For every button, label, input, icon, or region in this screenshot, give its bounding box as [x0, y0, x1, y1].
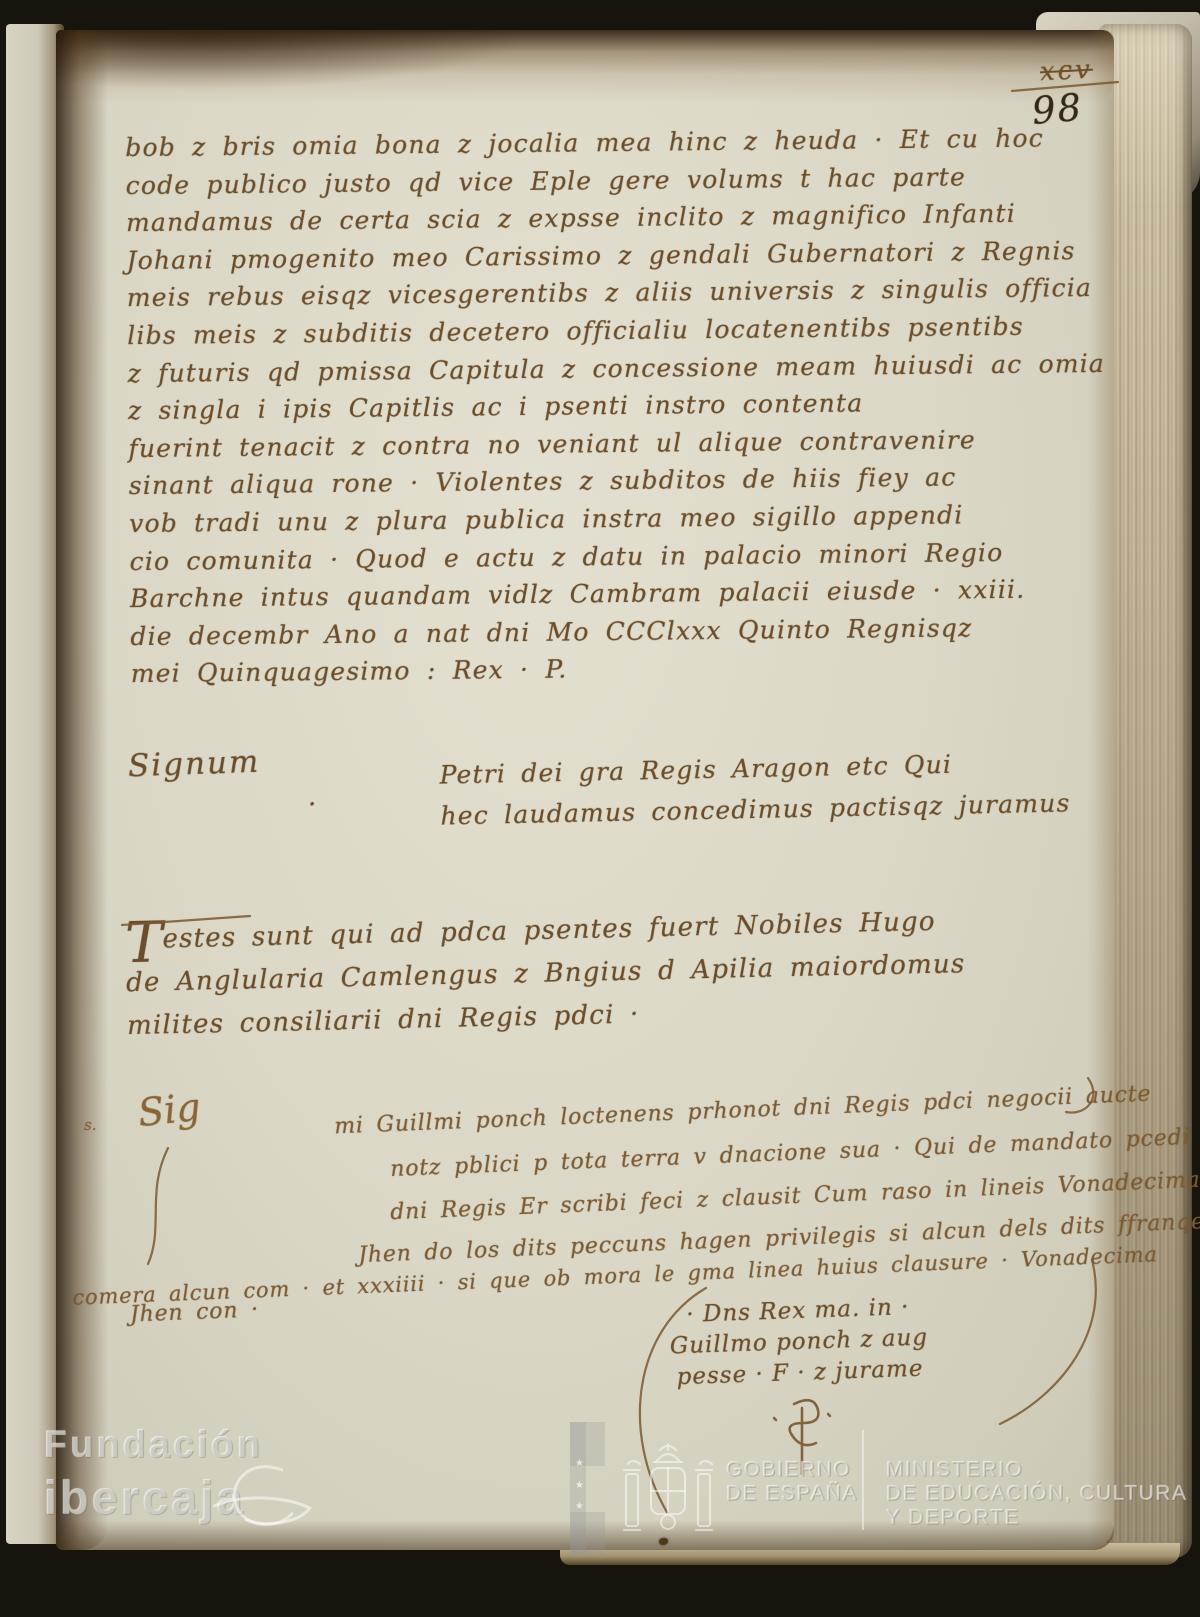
gobierno-watermark: GOBIERNO DE ESPAÑA	[726, 1458, 858, 1506]
gov-line: MINISTERIO	[886, 1458, 1188, 1482]
main-text-block: bob z bris omia bona z jocalia mea hinc …	[125, 119, 1116, 693]
gov-watermark-divider	[862, 1430, 864, 1530]
gov-line: DE EDUCACIÓN, CULTURA	[886, 1482, 1188, 1506]
crossed-out-folio-mark: xcv	[1039, 55, 1093, 88]
ibercaja-watermark-line2: ibercaja	[44, 1470, 246, 1525]
gov-line: DE ESPAÑA	[726, 1482, 858, 1506]
margin-tick: s.	[84, 1116, 96, 1134]
gutter-shadow	[56, 30, 108, 1550]
testes-text-block: Testes sunt qui ad pdca psentes fuert No…	[125, 897, 1113, 1048]
ministerio-watermark: MINISTERIO DE EDUCACIÓN, CULTURA Y DEPOR…	[886, 1458, 1188, 1530]
burnt-top-left-corner	[56, 30, 536, 90]
ribbon-star-icon: ★	[575, 1480, 584, 1491]
ribbon-star-icon: ★	[575, 1501, 584, 1512]
signum-dot: ·	[308, 790, 316, 820]
signum-text-block: Petri dei gra Regis Aragon etc Qui hec l…	[439, 741, 1071, 836]
ibercaja-watermark-line1: Fundación	[44, 1424, 263, 1467]
manuscript-line: Jhen con ·	[130, 1297, 260, 1327]
gov-line: Y DEPORTE	[886, 1506, 1188, 1530]
ribbon-star-icon: ★	[575, 1458, 584, 1469]
signum-margin-word: Signum	[127, 744, 261, 785]
gov-line: GOBIERNO	[726, 1458, 858, 1482]
signature-block: · Dns Rex ma. in · Guillmo ponch z aug p…	[662, 1291, 935, 1393]
notary-sig-margin-word: Sig	[136, 1085, 203, 1135]
manuscript-scan: xcv 98 bob z bris omia bona z jocalia me…	[0, 0, 1200, 1617]
